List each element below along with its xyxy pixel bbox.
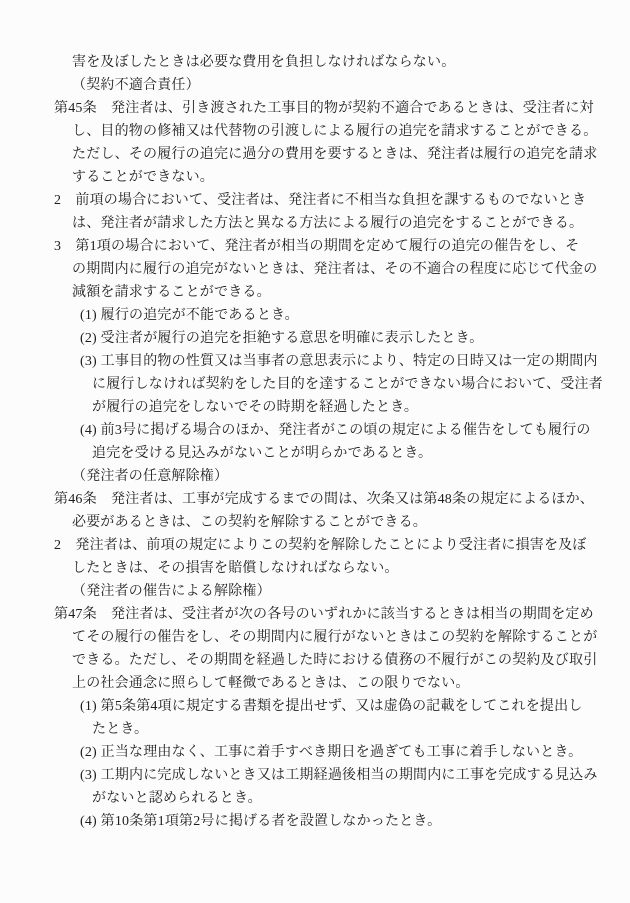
text-line: ただし、その履行の追完に過分の費用を要するときは、発注者は履行の追完を請求	[0, 143, 630, 166]
text-line: （発注者の任意解除権）	[0, 465, 630, 488]
text-line: たとき。	[0, 718, 630, 741]
text-line: (3) 工期内に完成しないとき又は工期経過後相当の期間内に工事を完成する見込み	[0, 764, 630, 787]
text-line: (1) 第5条第4項に規定する書類を提出せず、又は虚偽の記載をしてこれを提出し	[0, 695, 630, 718]
text-line: （契約不適合責任）	[0, 74, 630, 97]
text-line: の期間内に履行の追完がないときは、発注者は、その不適合の程度に応じて代金の	[0, 258, 630, 281]
text-line: 追完を受ける見込みがないことが明らかであるとき。	[0, 442, 630, 465]
text-line: (4) 前3号に掲げる場合のほか、発注者がこの頃の規定による催告をしても履行の	[0, 419, 630, 442]
contract-text: 害を及ぼしたときは必要な費用を負担しなければならない。（契約不適合責任）第45条…	[0, 0, 630, 833]
document-page: 害を及ぼしたときは必要な費用を負担しなければならない。（契約不適合責任）第45条…	[0, 0, 630, 903]
text-line: できる。ただし、その期間を経過した時における債務の不履行がこの契約及び取引	[0, 649, 630, 672]
text-line: 減額を請求することができる。	[0, 281, 630, 304]
text-line: したときは、その損害を賠償しなければならない。	[0, 557, 630, 580]
text-line: 2 前項の場合において、受注者は、発注者に不相当な負担を課するものでないとき	[0, 189, 630, 212]
text-line: が履行の追完をしないでその時期を経過したとき。	[0, 396, 630, 419]
text-line: (1) 履行の追完が不能であるとき。	[0, 304, 630, 327]
text-line: 3 第1項の場合において、発注者が相当の期間を定めて履行の追完の催告をし、そ	[0, 235, 630, 258]
text-line: 上の社会通念に照らして軽微であるときは、この限りでない。	[0, 672, 630, 695]
text-line: 害を及ぼしたときは必要な費用を負担しなければならない。	[0, 51, 630, 74]
text-line: し、目的物の修補又は代替物の引渡しによる履行の追完を請求することができる。	[0, 120, 630, 143]
text-line: は、発注者が請求した方法と異なる方法による履行の追完をすることができる。	[0, 212, 630, 235]
text-line: (2) 受注者が履行の追完を拒絶する意思を明確に表示したとき。	[0, 327, 630, 350]
text-line: (3) 工事目的物の性質又は当事者の意思表示により、特定の日時又は一定の期間内	[0, 350, 630, 373]
text-line: 第45条 発注者は、引き渡された工事目的物が契約不適合であるときは、受注者に対	[0, 97, 630, 120]
text-line: することができない。	[0, 166, 630, 189]
text-line: がないと認められるとき。	[0, 787, 630, 810]
text-line: てその履行の催告をし、その期間内に履行がないときはこの契約を解除することが	[0, 626, 630, 649]
text-line: に履行しなければ契約をした目的を達することができない場合において、受注者	[0, 373, 630, 396]
text-line: (4) 第10条第1項第2号に掲げる者を設置しなかったとき。	[0, 810, 630, 833]
text-line: （発注者の催告による解除権）	[0, 580, 630, 603]
text-line: (2) 正当な理由なく、工事に着手すべき期日を過ぎても工事に着手しないとき。	[0, 741, 630, 764]
text-line: 第46条 発注者は、工事が完成するまでの間は、次条又は第48条の規定によるほか、	[0, 488, 630, 511]
text-line: 第47条 発注者は、受注者が次の各号のいずれかに該当するときは相当の期間を定め	[0, 603, 630, 626]
text-line: 必要があるときは、この契約を解除することができる。	[0, 511, 630, 534]
text-line: 2 発注者は、前項の規定によりこの契約を解除したことにより受注者に損害を及ぼ	[0, 534, 630, 557]
